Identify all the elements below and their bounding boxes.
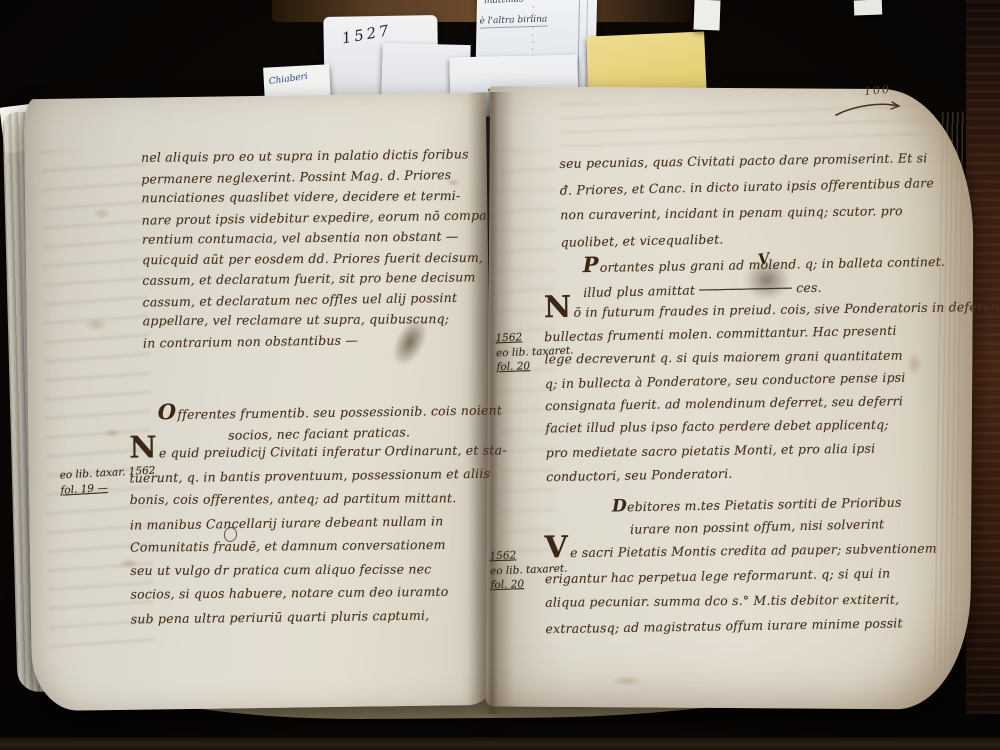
manuscript-photo: matthias è l'altra birlina 1527 Chiaberi… (0, 0, 1000, 750)
manuscript-line: tuerunt, q. in bantis proventuum, posses… (129, 461, 507, 489)
table-edge (0, 737, 1000, 750)
manuscript-paragraph: seu pecunias, quas Civitati pacto dare p… (559, 145, 935, 255)
tab-name-label: Chiaberi (268, 72, 308, 87)
manuscript-heading: Debitores m.tes Pietatis sortiti de Prio… (592, 491, 923, 541)
manuscript-line: seu ut vulgo dr pratica cum aliquo fecis… (130, 557, 508, 582)
bookmark-tab-small (854, 0, 883, 15)
manuscript-line: in manibus Cancellarij iurare debeant nu… (130, 508, 508, 536)
manuscript-line: Ne quid preiudicij Civitati inferatur Or… (129, 438, 507, 465)
manuscript-paragraph: Nō in futurum fraudes in preiud. cois, s… (544, 295, 1000, 488)
manuscript-line: bonis, cois offerentes, anteq; ad partit… (130, 486, 508, 511)
tab-handwriting-line: matthias (484, 0, 524, 6)
manuscript-paragraph: nel aliquis pro eo ut supra in palatio d… (141, 144, 493, 353)
manuscript-paragraph: Ve sacri Pietatis Montis credita ad paup… (544, 536, 937, 641)
bookmark-tab-sliver (693, 0, 720, 30)
manuscript-paragraph: Ne quid preiudicij Civitati inferatur Or… (129, 438, 508, 629)
folio-flourish-arrow (832, 96, 910, 120)
manuscript-line: Comunitatis fraudē, et damnum conversati… (130, 532, 508, 559)
tab-handwriting-line: è l'altra birlina (479, 14, 547, 28)
manuscript-line: quicquid aūt per eosdem dd. Priores fuer… (142, 247, 492, 270)
manuscript-line: sub pena ultra periuriū quarti pluris ca… (131, 602, 509, 630)
manuscript-line: socios, si quos habuere, notare cum deo … (130, 579, 508, 606)
